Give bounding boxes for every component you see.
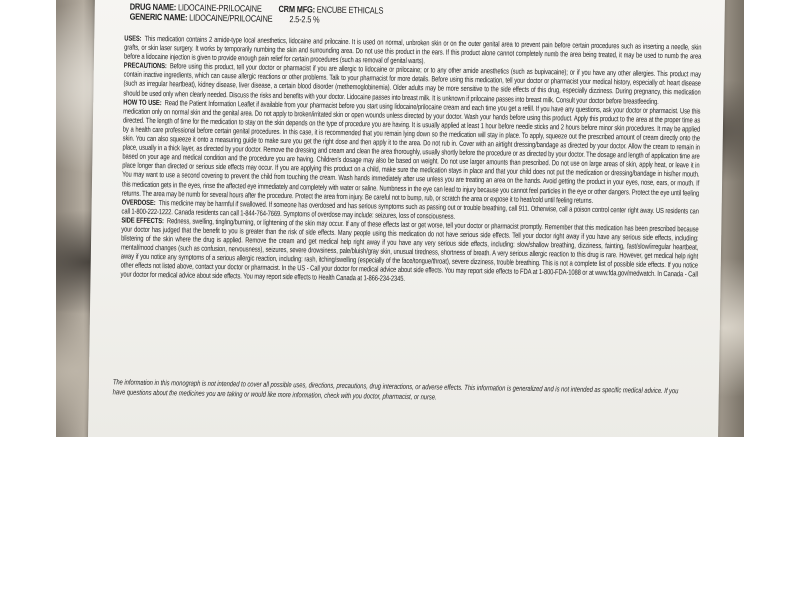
- generic-name-label: GENERIC NAME:: [130, 12, 188, 23]
- drug-header: DRUG NAME: LIDOCAINE-PRILOCAINE CRM MFG:…: [130, 2, 384, 26]
- strength-value: 2.5-2.5 %: [289, 14, 319, 24]
- section-label: USES:: [124, 34, 141, 43]
- section-text: Read the Patient Information Leaflet if …: [122, 98, 701, 205]
- mfg-value: ENCUBE ETHICALS: [317, 5, 384, 16]
- section-label: HOW TO USE:: [123, 97, 161, 107]
- section-how-to-use: HOW TO USE:Read the Patient Information …: [122, 97, 701, 206]
- disclaimer: The information in this monograph is not…: [113, 377, 690, 405]
- section-text: This medication contains 2 amide-type lo…: [124, 34, 702, 66]
- document-photo: DRUG NAME: LIDOCAINE-PRILOCAINE CRM MFG:…: [56, 0, 744, 437]
- mfg-label: CRM MFG:: [278, 4, 315, 15]
- drug-information-sheet: DRUG NAME: LIDOCAINE-PRILOCAINE CRM MFG:…: [88, 0, 725, 437]
- section-label: OVERDOSE:: [122, 197, 156, 207]
- generic-name-value: LIDOCAINE/PRILOCAINE: [189, 13, 272, 24]
- monograph-body: USES:This medication contains 2 amide-ty…: [120, 34, 701, 289]
- drug-name-label: DRUG NAME:: [130, 2, 176, 13]
- section-text: Redness, swelling, tingling/burning, or …: [120, 216, 698, 283]
- section-side-effects: SIDE EFFECTS:Redness, swelling, tingling…: [120, 215, 698, 288]
